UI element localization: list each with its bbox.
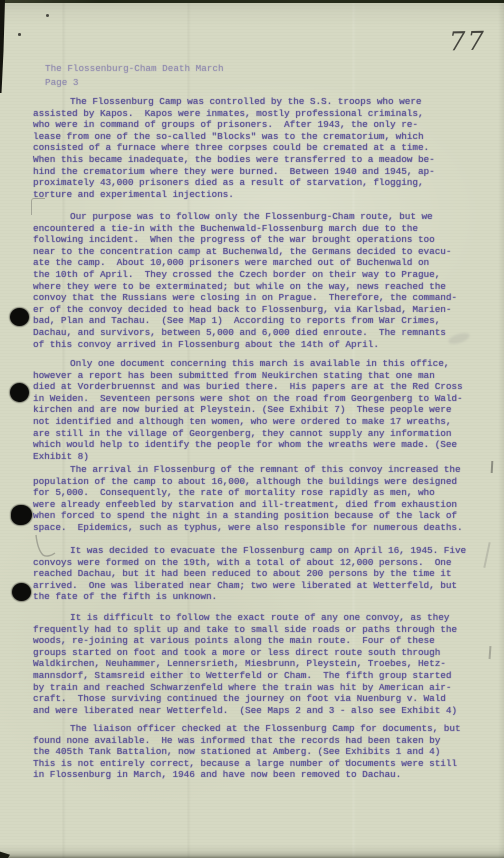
paragraph-1: The Flossenburg Camp was controlled by t… xyxy=(33,96,485,200)
pencil-check-mark xyxy=(33,533,59,559)
paragraph-7: The liaison officer checked at the Floss… xyxy=(33,723,485,781)
margin-tick-mark xyxy=(491,461,494,473)
page-number: 77 xyxy=(449,27,487,58)
ink-speck xyxy=(345,760,347,762)
punch-hole xyxy=(9,382,30,403)
margin-tick-mark xyxy=(489,646,491,659)
left-edge-tear xyxy=(0,0,5,93)
punch-hole xyxy=(11,505,32,525)
bottom-corner-tear xyxy=(0,850,10,858)
paragraph-5: It was decided to evacuate the Flossenbu… xyxy=(33,545,485,603)
pencil-bracket-mark xyxy=(31,198,45,215)
scanned-document-page: 77 The Flossenburg-Cham Death March Page… xyxy=(0,0,504,858)
paragraph-6: It is difficult to follow the exact rout… xyxy=(33,612,485,716)
ink-speck xyxy=(46,14,49,17)
punch-hole xyxy=(12,583,31,601)
paragraph-4: The arrival in Flossenburg of the remnan… xyxy=(33,464,485,534)
top-edge-shadow xyxy=(0,0,504,3)
paragraph-3: Only one document concerning this march … xyxy=(33,358,485,462)
document-header: The Flossenburg-Cham Death March Page 3 xyxy=(45,62,497,90)
punch-hole xyxy=(10,308,29,326)
ink-speck xyxy=(18,33,21,36)
paragraph-2: Our purpose was to follow only the Floss… xyxy=(33,211,485,350)
